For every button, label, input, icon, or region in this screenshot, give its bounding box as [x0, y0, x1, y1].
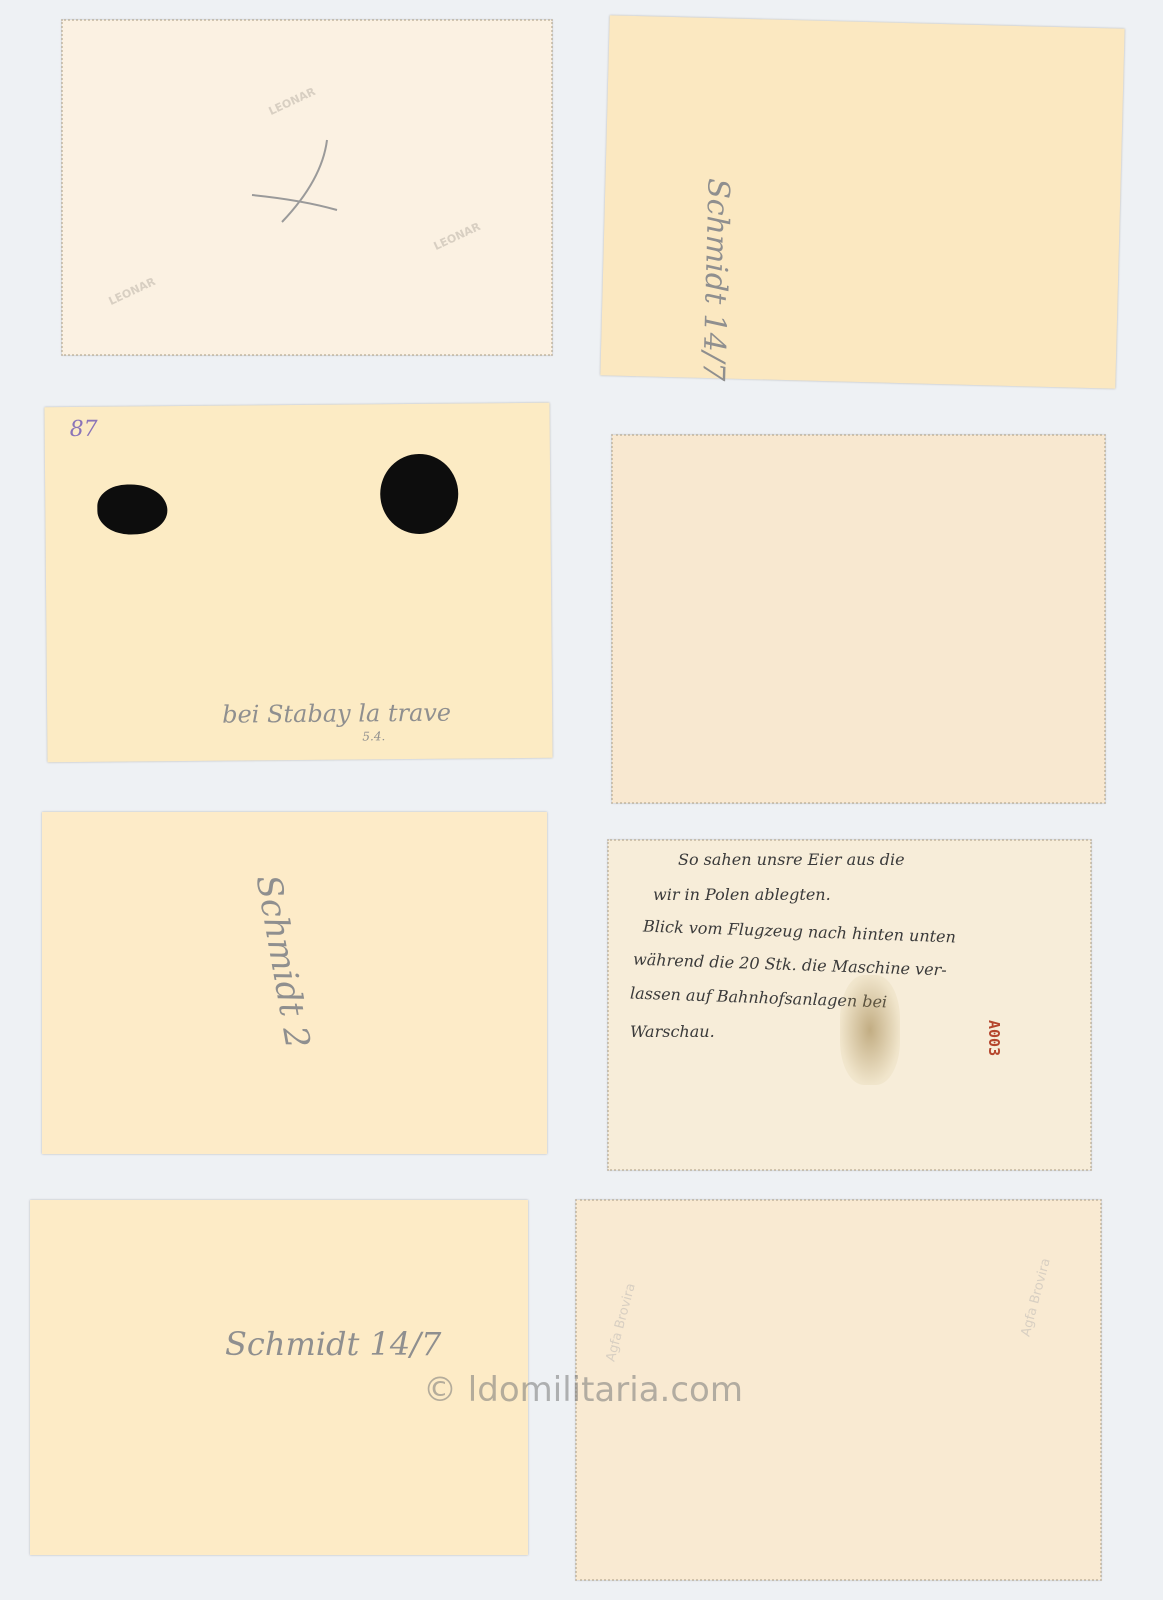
glue-residue [97, 484, 167, 535]
photo-back-2: Schmidt 14/7 [600, 15, 1124, 388]
copyright-watermark: © ldomilitaria.com [423, 1370, 743, 1410]
inventory-stamp: A003 [985, 1020, 1003, 1056]
agfa-brovira-stamp: Agfa Brovira [1019, 1257, 1054, 1339]
handwritten-note: Schmidt 14/7 [695, 178, 735, 382]
leonar-stamp: LEONAR [432, 220, 483, 253]
pencil-x-mark [242, 130, 352, 230]
photo-back-4 [612, 435, 1105, 803]
glue-residue [380, 454, 459, 535]
handwritten-line: So sahen unsre Eier aus die [678, 850, 905, 869]
handwritten-line: Warschau. [630, 1022, 715, 1041]
water-stain [840, 975, 900, 1085]
handwritten-line: während die 20 Stk. die Maschine ver- [633, 950, 947, 980]
handwritten-line: wir in Polen ablegten. [653, 885, 831, 904]
handwritten-caption: bei Stabay la trave [222, 699, 451, 729]
handwritten-note: Schmidt 14/7 [225, 1325, 441, 1363]
photo-back-3: 87 bei Stabay la trave 5.4. [44, 403, 552, 762]
agfa-brovira-stamp: Agfa Brovira [604, 1282, 639, 1364]
leonar-stamp: LEONAR [107, 275, 158, 308]
photo-back-6: So sahen unsre Eier aus die wir in Polen… [608, 840, 1091, 1170]
leonar-stamp: LEONAR [267, 85, 318, 118]
handwritten-note: Schmidt 2 [248, 872, 318, 1052]
corner-number: 87 [70, 417, 98, 442]
handwritten-date: 5.4. [362, 729, 385, 743]
photo-back-5: Schmidt 2 [42, 812, 547, 1154]
handwritten-line: Blick vom Flugzeug nach hinten unten [643, 917, 956, 947]
photo-back-1: LEONAR LEONAR LEONAR [62, 20, 552, 355]
